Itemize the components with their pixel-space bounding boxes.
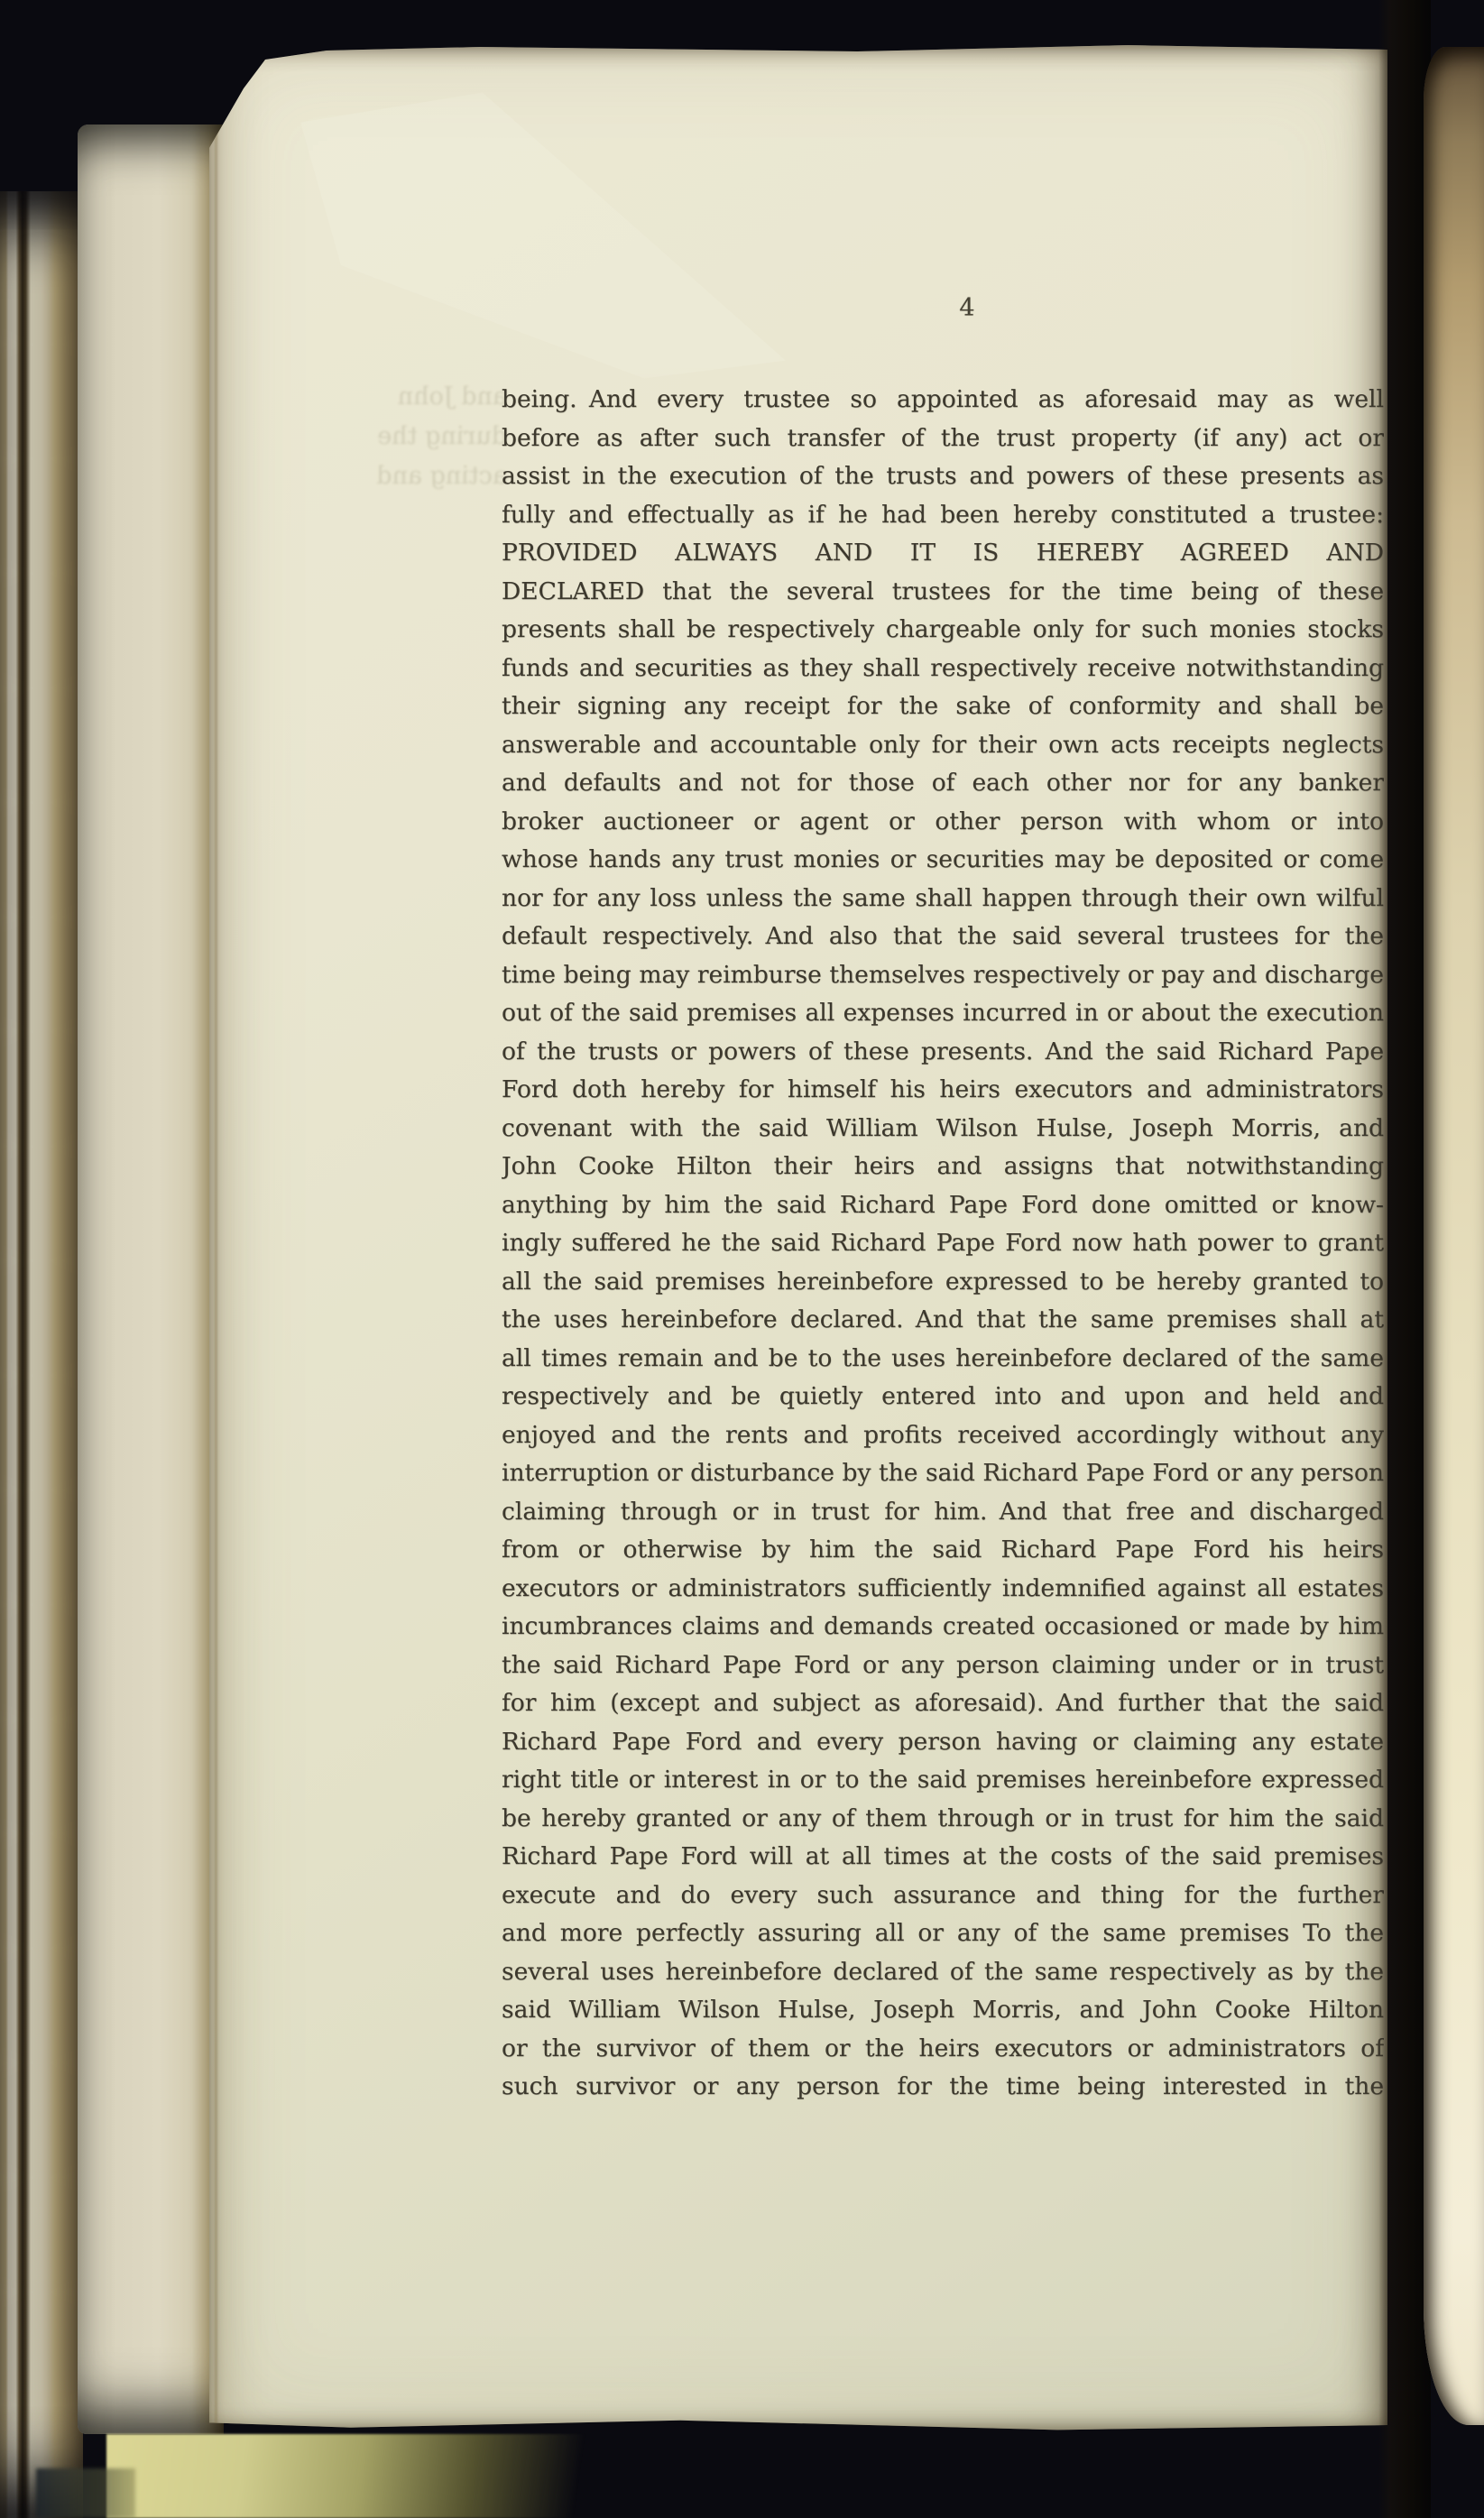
text-line: incumbrances claims and demands created … (502, 1608, 1384, 1646)
text-line: PROVIDED ALWAYS AND IT IS HEREBY AGREED … (502, 534, 1384, 573)
text-line: time being may reimburse themselves resp… (502, 956, 1384, 995)
facing-page-fore-edge (1424, 47, 1484, 2425)
text-line: John Cooke Hilton their heirs and assign… (502, 1148, 1384, 1186)
underlying-page-edge (78, 125, 224, 2434)
deckle-edge-line (215, 42, 217, 2432)
book-page: 4 and John during the acting and being. … (209, 42, 1387, 2432)
text-line: funds and securities as they shall respe… (502, 650, 1384, 688)
text-line: nor for any loss unless the same shall h… (502, 880, 1384, 918)
text-line: answerable and accountable only for thei… (502, 726, 1384, 765)
text-line: right title or interest in or to the sai… (502, 1761, 1384, 1800)
text-line: DECLARED that the several trustees for t… (502, 573, 1384, 612)
text-line: enjoyed and the rents and profits receiv… (502, 1416, 1384, 1455)
text-line: be hereby granted or any of them through… (502, 1800, 1384, 1839)
text-line: default respectively. And also that the … (502, 918, 1384, 956)
text-line: presents shall be respectively chargeabl… (502, 611, 1384, 650)
text-line: all the said premises hereinbefore expre… (502, 1263, 1384, 1302)
text-line: broker auctioneer or agent or other pers… (502, 803, 1384, 842)
page-number: 4 (922, 294, 1012, 322)
text-line: fully and effectually as if he had been … (502, 496, 1384, 535)
text-line: respectively and be quietly entered into… (502, 1378, 1384, 1416)
text-line: whose hands any trust monies or securiti… (502, 841, 1384, 880)
text-line: Richard Pape Ford and every person havin… (502, 1723, 1384, 1762)
text-line: their signing any receipt for the sake o… (502, 687, 1384, 726)
deed-text-block: being. And every trustee so appointed as… (502, 381, 1384, 2107)
text-line: the uses hereinbefore declared. And that… (502, 1301, 1384, 1340)
text-line: and defaults and not for those of each o… (502, 764, 1384, 803)
text-line: and more perfectly assuring all or any o… (502, 1914, 1384, 1953)
text-line: assist in the execution of the trusts an… (502, 457, 1384, 496)
text-line: of the trusts or powers of these present… (502, 1033, 1384, 1072)
text-line: such survivor or any person for the time… (502, 2068, 1384, 2107)
text-line: several uses hereinbefore declared of th… (502, 1953, 1384, 1992)
text-line: claiming through or in trust for him. An… (502, 1493, 1384, 1532)
text-line: covenant with the said William Wilson Hu… (502, 1110, 1384, 1148)
text-line: before as after such transfer of the tru… (502, 420, 1384, 458)
text-line: execute and do every such assurance and … (502, 1877, 1384, 1915)
text-line: Richard Pape Ford will at all times at t… (502, 1838, 1384, 1877)
text-line: being. And every trustee so appointed as… (502, 381, 1384, 420)
text-line: all times remain and be to the uses here… (502, 1340, 1384, 1379)
text-line: said William Wilson Hulse, Joseph Morris… (502, 1991, 1384, 2030)
text-line: from or otherwise by him the said Richar… (502, 1531, 1384, 1570)
verso-showthrough-text: and John during the acting and (281, 377, 507, 496)
text-line: out of the said premises all expenses in… (502, 994, 1384, 1033)
text-line: Ford doth hereby for himself his heirs e… (502, 1071, 1384, 1110)
text-line: or the survivor of them or the heirs exe… (502, 2030, 1384, 2069)
table-surface-highlight (106, 2434, 594, 2518)
text-line: for him (except and subject as aforesaid… (502, 1684, 1384, 1723)
text-line: executors or administrators sufficiently… (502, 1570, 1384, 1609)
torn-corner-smear (290, 87, 796, 384)
table-surface-shadow (36, 2468, 135, 2518)
text-line: interruption or disturbance by the said … (502, 1454, 1384, 1493)
showthrough-line: during the (281, 417, 507, 457)
text-line: anything by him the said Richard Pape Fo… (502, 1186, 1384, 1225)
showthrough-line: acting and (281, 457, 507, 496)
fore-edge-page-stack (0, 191, 83, 2518)
showthrough-line: and John (281, 377, 507, 417)
book-scan: 4 and John during the acting and being. … (0, 0, 1484, 2518)
text-line: the said Richard Pape Ford or any person… (502, 1646, 1384, 1685)
text-line: ingly suffered he the said Richard Pape … (502, 1224, 1384, 1263)
